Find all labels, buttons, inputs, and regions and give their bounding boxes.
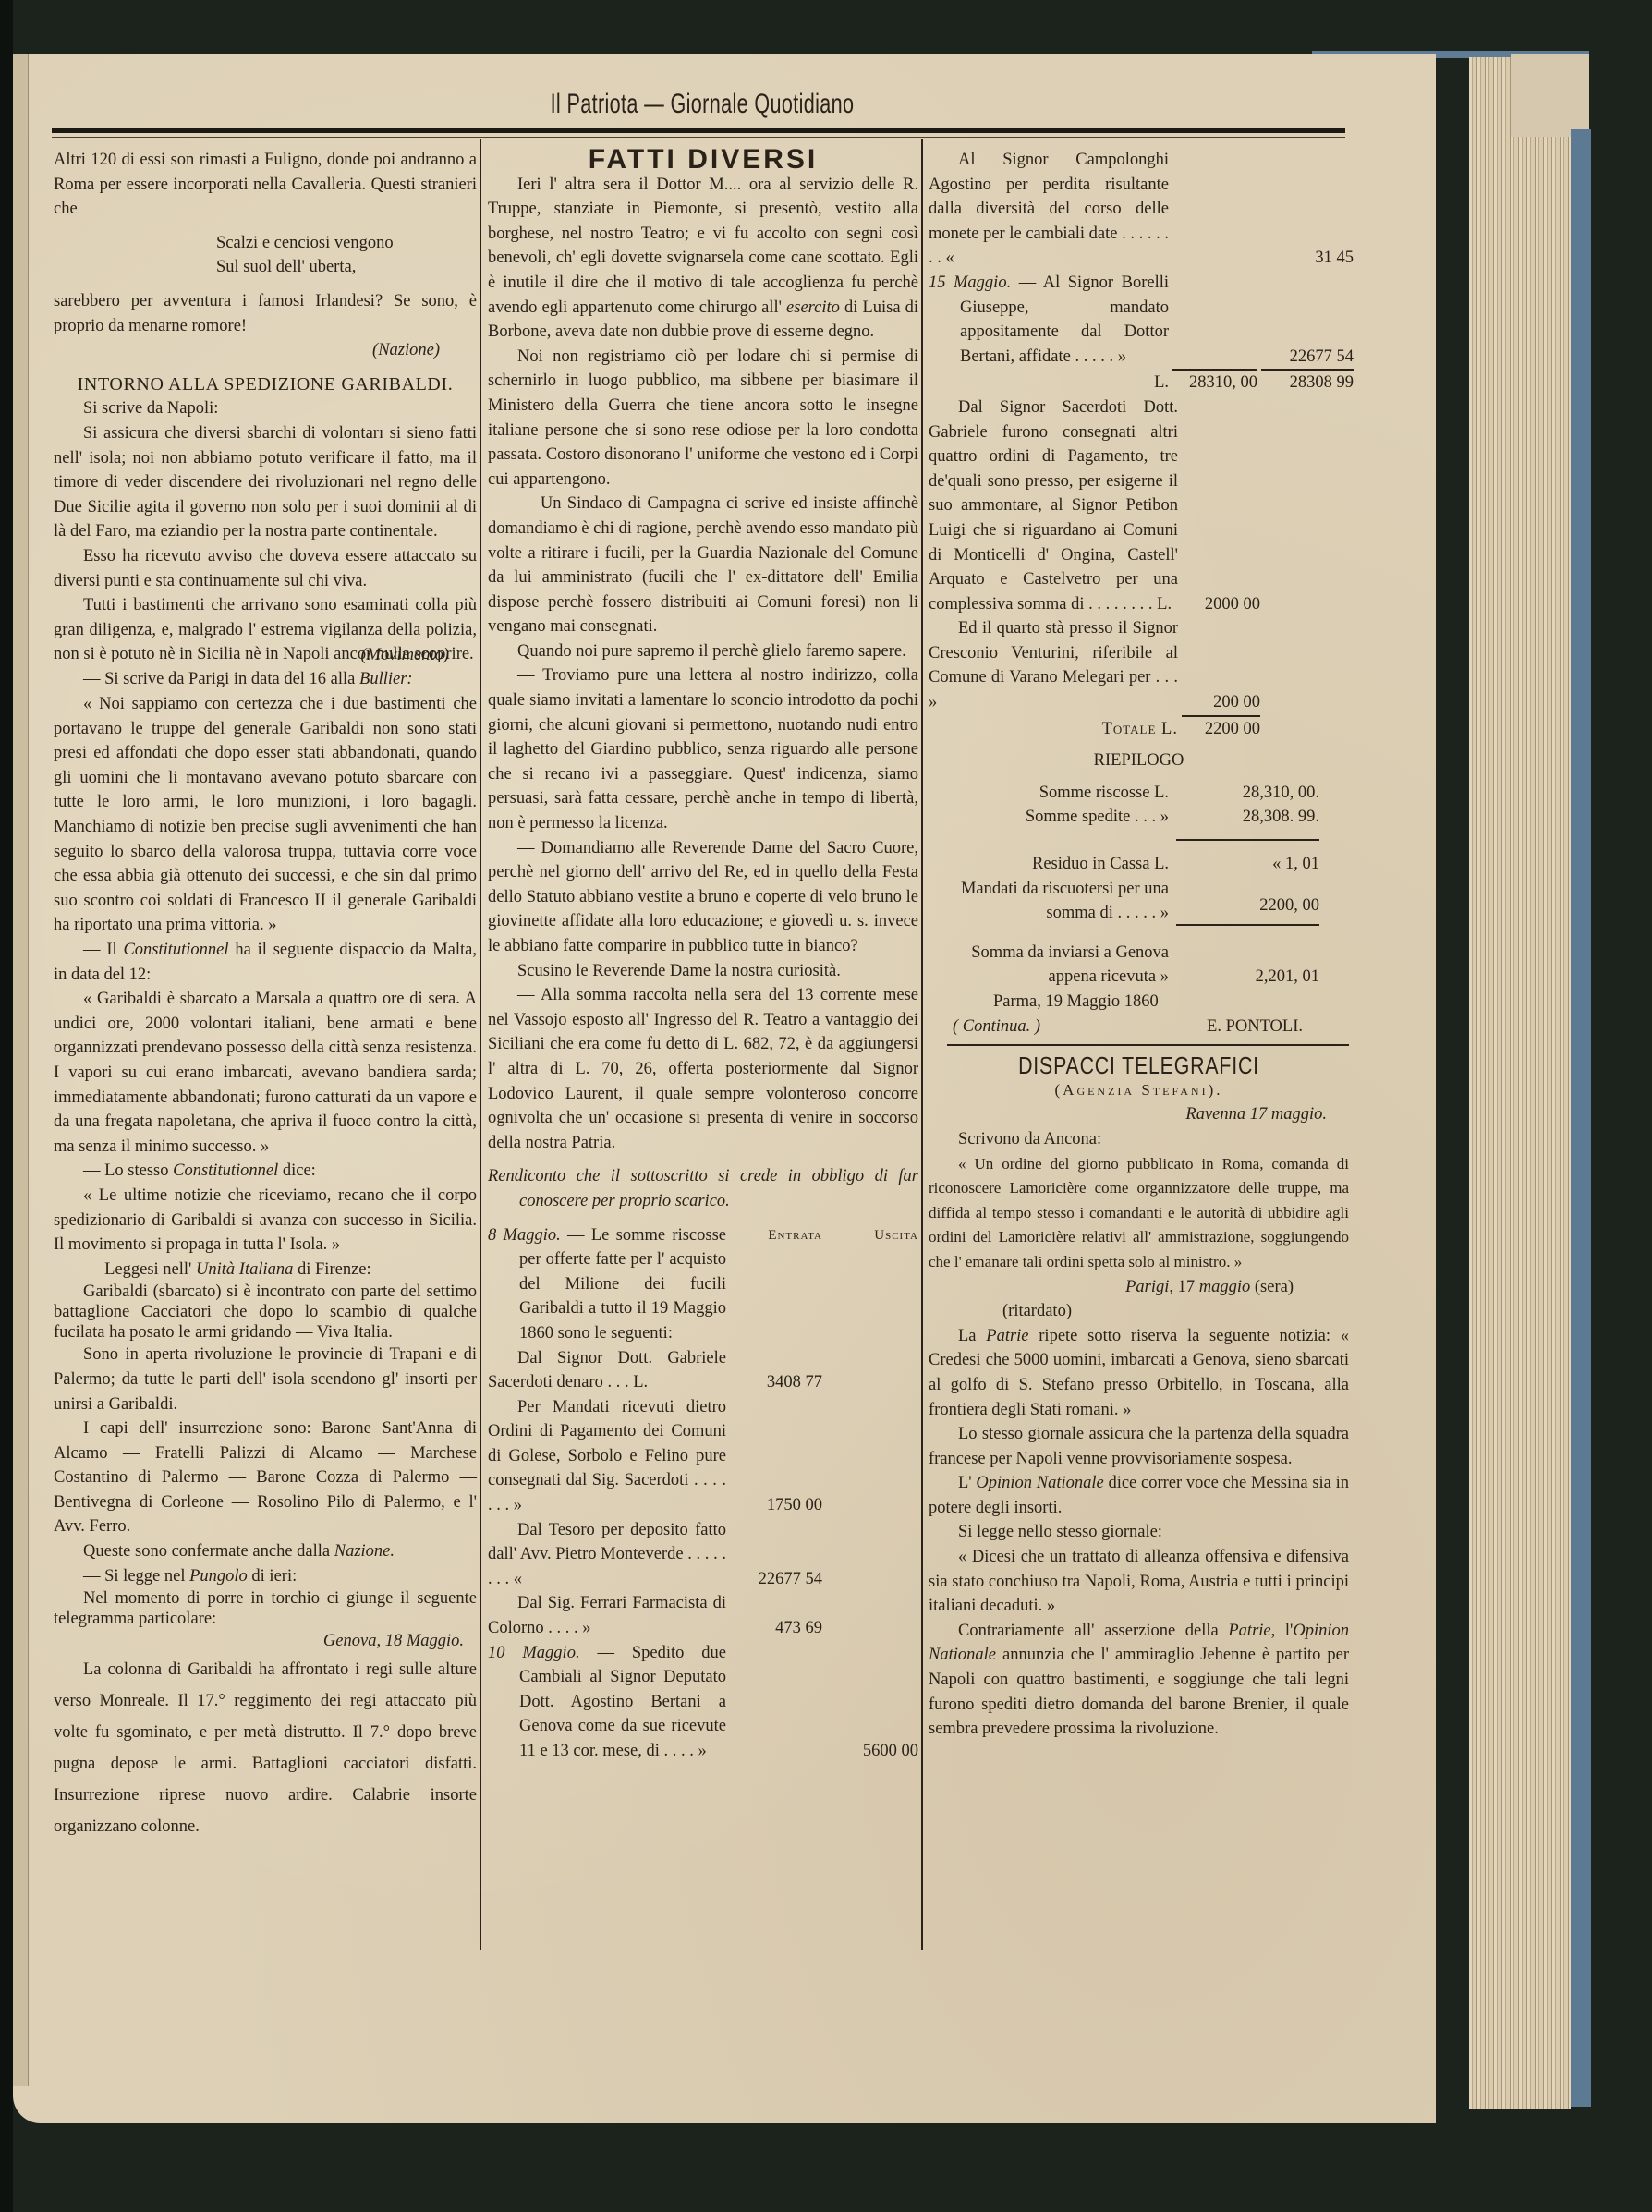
riepilogo-heading: RIEPILOGO bbox=[929, 748, 1349, 773]
scan-background-left bbox=[0, 0, 13, 2212]
facing-page-edge bbox=[13, 54, 29, 2086]
paragraph: — Domandiamo alle Reverende Dame del Sac… bbox=[488, 836, 918, 959]
ledger-entry: Dal Signor Dott. Gabriele Sacerdoti dena… bbox=[488, 1346, 726, 1395]
total-uscita: 28308 99 bbox=[1261, 369, 1354, 395]
riepilogo-label: Somme spedite . . . » bbox=[929, 805, 1169, 841]
paragraph: Scrivono da Ancona: bbox=[929, 1127, 1349, 1152]
ledger-table-continued: Al Signor Campolonghi Agostino per perdi… bbox=[929, 148, 1349, 395]
paragraph: Si scrive da Napoli: bbox=[54, 396, 477, 421]
ordini-entry: Ed il quarto stà presso il Signor Cresco… bbox=[929, 616, 1178, 714]
ordini-entry: Dal Signor Sacerdoti Dott. Gabriele furo… bbox=[929, 395, 1178, 616]
column-divider bbox=[480, 139, 481, 1950]
riepilogo-table: Somme riscosse L. 28,310, 00. Somme sped… bbox=[929, 781, 1349, 990]
rendiconto-title: Rendiconto che il sottoscritto si crede … bbox=[488, 1164, 918, 1213]
riepilogo-label: Somma da inviarsi a Genova appena ricevu… bbox=[929, 926, 1169, 990]
quote: « Un ordine del giorno pubblicato in Rom… bbox=[929, 1152, 1349, 1275]
paragraph: Sono in aperta rivoluzione le provincie … bbox=[54, 1343, 477, 1416]
column-divider bbox=[921, 139, 923, 1950]
paragraph: — Si legge nel Pungolo di ieri: bbox=[54, 1564, 477, 1589]
section-divider bbox=[947, 1044, 1349, 1046]
paragraph: — Alla somma raccolta nella sera del 13 … bbox=[488, 983, 918, 1155]
signature-line: ( Continua. ) E. PONTOLI. bbox=[929, 1015, 1349, 1039]
paragraph: — Leggesi nell' Unità Italiana di Firenz… bbox=[54, 1258, 477, 1282]
verse-line: Scalzi e cenciosi vengono bbox=[54, 231, 477, 256]
paragraph: — Un Sindaco di Campagna ci scrive ed in… bbox=[488, 492, 918, 639]
column-header-uscita: Uscita bbox=[826, 1223, 918, 1248]
column-right: Al Signor Campolonghi Agostino per perdi… bbox=[929, 148, 1349, 1742]
dateline-note: (ritardato) bbox=[929, 1299, 1349, 1324]
ledger-uscita-value: 31 45 bbox=[1261, 246, 1354, 271]
paragraph: Si legge nello stesso giornale: bbox=[929, 1520, 1349, 1545]
paragraph: — Troviamo pure una lettera al nostro in… bbox=[488, 663, 918, 835]
ledger-entrata-value: 1750 00 bbox=[730, 1493, 822, 1518]
paragraph: Quando noi pure sapremo il perchè glielo… bbox=[488, 639, 918, 664]
source-attribution: (Nazione) bbox=[54, 338, 477, 363]
quote: « Le ultime notizie che riceviamo, recan… bbox=[54, 1184, 477, 1258]
section-subheading: (Agenzia Stefani). bbox=[929, 1078, 1349, 1103]
ledger-uscita-value: 5600 00 bbox=[826, 1739, 918, 1764]
quote: « Noi sappiamo con certezza che i due ba… bbox=[54, 692, 477, 938]
quote: « Dicesi che un trattato di alleanza off… bbox=[929, 1545, 1349, 1619]
totals-label: L. bbox=[929, 371, 1169, 395]
paragraph: Ieri l' altra sera il Dottor M.... ora a… bbox=[488, 173, 918, 345]
riepilogo-amount: 2200, 00 bbox=[1176, 893, 1319, 926]
section-heading: FATTI DIVERSI bbox=[488, 148, 918, 173]
riepilogo-label: Somme riscosse L. bbox=[929, 781, 1169, 806]
totale-amount: 2200 00 bbox=[1182, 715, 1260, 742]
ledger-entry: 8 Maggio. — Le somme riscosse per offert… bbox=[488, 1223, 726, 1346]
paragraph: Si assicura che diversi sbarchi di volon… bbox=[54, 421, 477, 544]
paragraph: Queste sono confermate anche dalla Nazio… bbox=[54, 1539, 477, 1564]
quote: « Garibaldi è sbarcato a Marsala a quatt… bbox=[54, 987, 477, 1159]
totale-label: Totale L. bbox=[929, 717, 1178, 742]
paragraph: L' Opinion Nationale dice correr voce ch… bbox=[929, 1471, 1349, 1520]
riepilogo-amount: 28,310, 00. bbox=[1176, 781, 1319, 806]
masthead-rule-thin bbox=[52, 137, 1345, 138]
ledger-table: 8 Maggio. — Le somme riscosse per offert… bbox=[488, 1223, 918, 1764]
paragraph: — Il Constitutionnel ha il seguente disp… bbox=[54, 938, 477, 987]
dateline: Genova, 18 Maggio. bbox=[54, 1629, 477, 1654]
ledger-entrata-value: 473 69 bbox=[730, 1616, 822, 1641]
paragraph: La colonna di Garibaldi ha affrontato i … bbox=[54, 1654, 477, 1842]
section-heading: INTORNO ALLA SPEDIZIONE GARIBALDI. bbox=[54, 372, 477, 397]
masthead-rule bbox=[52, 128, 1345, 133]
section-heading: DISPACCI TELEGRAFICI bbox=[966, 1053, 1311, 1078]
column-middle: FATTI DIVERSI Ieri l' altra sera il Dott… bbox=[488, 148, 918, 1764]
paragraph: Altri 120 di essi son rimasti a Fuligno,… bbox=[54, 148, 477, 222]
ordini-table: Dal Signor Sacerdoti Dott. Gabriele furo… bbox=[929, 395, 1349, 741]
ledger-entrata-value: 3408 77 bbox=[730, 1370, 822, 1395]
paragraph: Noi non registriamo ciò per lodare chi s… bbox=[488, 345, 918, 492]
book-corner bbox=[1511, 54, 1589, 137]
total-entrata: 28310, 00 bbox=[1172, 369, 1257, 395]
paragraph: Contrariamente all' asserzione della Pat… bbox=[929, 1619, 1349, 1742]
column-left: Altri 120 di essi son rimasti a Fuligno,… bbox=[54, 148, 477, 1842]
riepilogo-label: Mandati da riscuotersi per una somma di … bbox=[929, 877, 1169, 926]
ledger-entry: Al Signor Campolonghi Agostino per perdi… bbox=[929, 148, 1169, 271]
place-date: Parma, 19 Maggio 1860 bbox=[929, 990, 1349, 1015]
riepilogo-amount: 2,201, 01 bbox=[1176, 965, 1319, 990]
paragraph: Esso ha ricevuto avviso che doveva esser… bbox=[54, 544, 477, 593]
paragraph: La Patrie ripete sotto riserva la seguen… bbox=[929, 1324, 1349, 1422]
paragraph: Lo stesso giornale assicura che la parte… bbox=[929, 1422, 1349, 1471]
signature: E. PONTOLI. bbox=[1207, 1015, 1303, 1039]
paragraph: Scusino le Reverende Dame la nostra curi… bbox=[488, 959, 918, 984]
column-header-entrata: Entrata bbox=[730, 1223, 822, 1248]
book-cover-edge bbox=[1571, 129, 1591, 2107]
paragraph: — Lo stesso Constitutionnel dice: bbox=[54, 1159, 477, 1184]
paragraph: I capi dell' insurrezione sono: Barone S… bbox=[54, 1416, 477, 1539]
riepilogo-amount: 28,308. 99. bbox=[1176, 805, 1319, 841]
verse-line: Sul suol dell' uberta, bbox=[54, 255, 477, 280]
continua-note: ( Continua. ) bbox=[953, 1015, 1040, 1039]
dateline: Parigi, 17 maggio (sera) bbox=[929, 1275, 1349, 1300]
ledger-entry: 10 Maggio. — Spedito due Cambiali al Sig… bbox=[488, 1641, 726, 1764]
riepilogo-label: Residuo in Cassa L. bbox=[929, 841, 1169, 877]
ledger-entry: Per Mandati ricevuti dietro Ordini di Pa… bbox=[488, 1395, 726, 1518]
paragraph: Garibaldi (sbarcato) si è incontrato con… bbox=[54, 1282, 477, 1343]
paragraph: sarebbero per avventura i famosi Irlande… bbox=[54, 289, 477, 338]
dateline: Ravenna 17 maggio. bbox=[929, 1102, 1349, 1127]
masthead: Il Patriota — Giornale Quotidiano bbox=[237, 89, 1168, 126]
ledger-entry: 15 Maggio. — Al Signor Borelli Giuseppe,… bbox=[929, 271, 1169, 369]
ledger-entry: Dal Tesoro per deposito fatto dall' Avv.… bbox=[488, 1518, 726, 1592]
ledger-entry: Dal Sig. Ferrari Farmacista di Colorno .… bbox=[488, 1591, 726, 1640]
ledger-entrata-value: 22677 54 bbox=[730, 1567, 822, 1592]
paragraph: Nel momento di porre in torchio ci giung… bbox=[54, 1588, 477, 1629]
book-page-edges bbox=[1469, 57, 1571, 2109]
ordini-amount: 2000 00 bbox=[1182, 592, 1260, 617]
riepilogo-amount: « 1, 01 bbox=[1176, 841, 1319, 877]
paragraph: — Si scrive da Parigi in data del 16 all… bbox=[54, 667, 477, 692]
ledger-uscita-value: 22677 54 bbox=[1261, 345, 1354, 370]
ordini-amount: 200 00 bbox=[1182, 690, 1260, 715]
